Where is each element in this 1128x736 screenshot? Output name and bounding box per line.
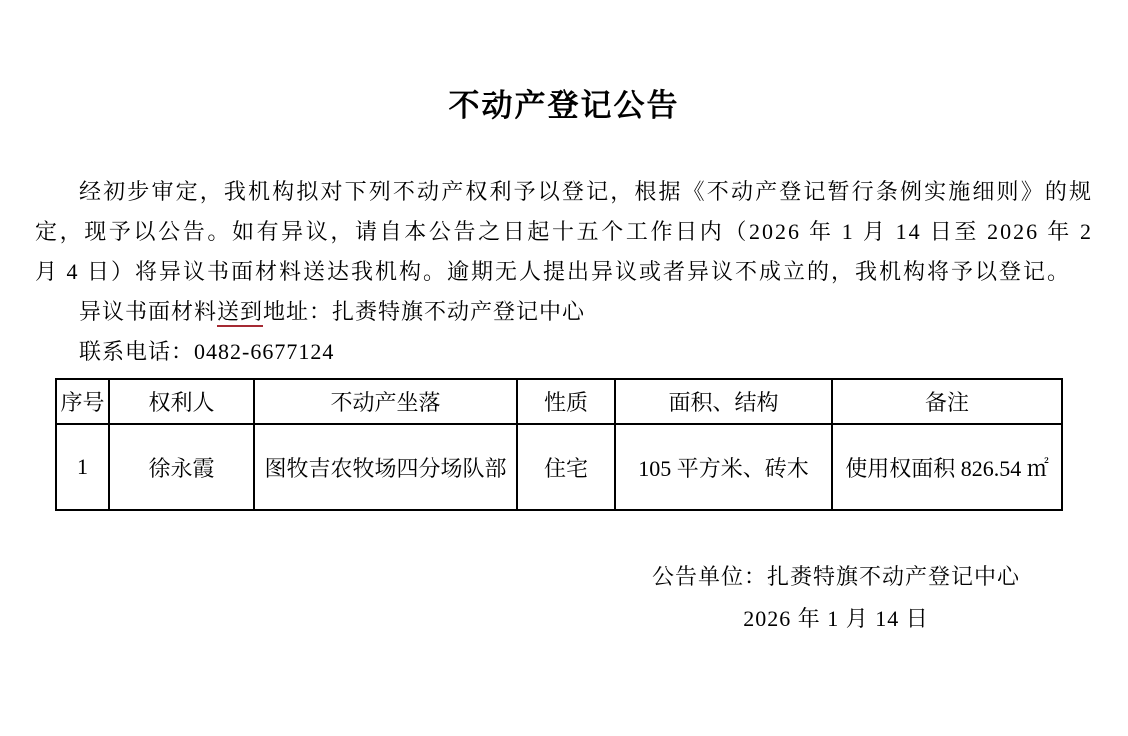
table-cell-holder: 徐永霞	[109, 424, 254, 510]
table-cell-type: 住宅	[517, 424, 615, 510]
table-header-holder: 权利人	[109, 379, 254, 424]
table-header-no: 序号	[56, 379, 109, 424]
address-line-underlined-text: 送到	[217, 299, 263, 327]
address-line-prefix: 异议书面材料	[79, 299, 217, 324]
registration-table: 序号 权利人 不动产坐落 性质 面积、结构 备注 1 徐永霞 图牧吉农牧场四分场…	[55, 378, 1063, 511]
footer-block: 公告单位：扎赉特旗不动产登记中心 2026 年 1 月 14 日	[652, 557, 1020, 639]
table-cell-note: 使用权面积 826.54 ㎡	[832, 424, 1062, 510]
footer-announcing-unit: 公告单位：扎赉特旗不动产登记中心	[652, 557, 1020, 597]
footer-date: 2026 年 1 月 14 日	[652, 599, 1020, 639]
table-header-area: 面积、结构	[615, 379, 832, 424]
table-header-row: 序号 权利人 不动产坐落 性质 面积、结构 备注	[56, 379, 1062, 424]
announcement-page: 不动产登记公告 经初步审定，我机构拟对下列不动产权利予以登记，根据《不动产登记暂…	[0, 0, 1128, 736]
body-text-block: 经初步审定，我机构拟对下列不动产权利予以登记，根据《不动产登记暂行条例实施细则》…	[35, 172, 1093, 372]
table-row: 1 徐永霞 图牧吉农牧场四分场队部 住宅 105 平方米、砖木 使用权面积 82…	[56, 424, 1062, 510]
table-header-location: 不动产坐落	[254, 379, 517, 424]
table-header-type: 性质	[517, 379, 615, 424]
address-line-suffix: 地址：扎赉特旗不动产登记中心	[263, 299, 585, 324]
page-title: 不动产登记公告	[0, 0, 1128, 126]
announcement-paragraph: 经初步审定，我机构拟对下列不动产权利予以登记，根据《不动产登记暂行条例实施细则》…	[35, 172, 1093, 292]
table-header-note: 备注	[832, 379, 1062, 424]
phone-line: 联系电话：0482-6677124	[35, 332, 1093, 372]
address-line: 异议书面材料送到地址：扎赉特旗不动产登记中心	[35, 292, 1093, 332]
table-cell-location: 图牧吉农牧场四分场队部	[254, 424, 517, 510]
table-cell-no: 1	[56, 424, 109, 510]
table-cell-area: 105 平方米、砖木	[615, 424, 832, 510]
